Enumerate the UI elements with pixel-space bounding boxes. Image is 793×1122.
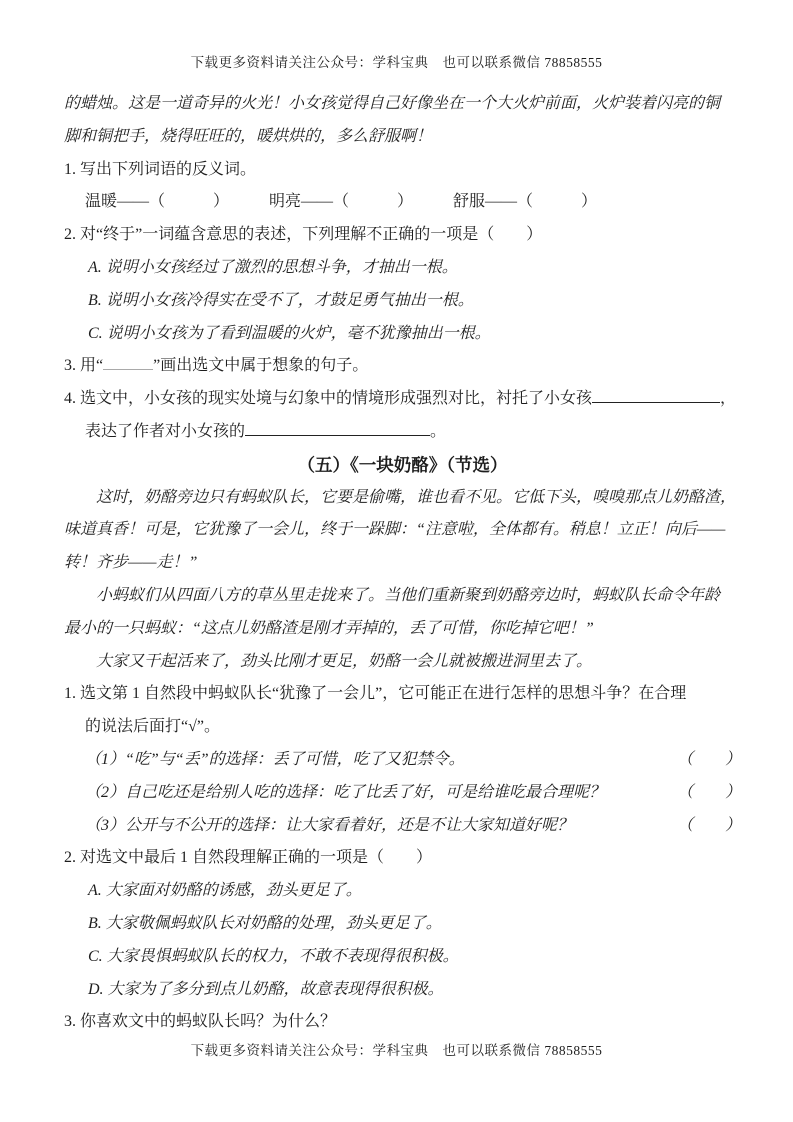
s5-q1-item1-text: （1）“吃”与“丢”的选择：丢了可惜，吃了又犯禁令。 (85, 744, 465, 777)
s5-q1-item2-bracket: （ ） (677, 777, 741, 810)
s5-q1-item1-bracket: （ ） (677, 744, 741, 777)
p4-question2-option-b: B. 说明小女孩冷得实在受不了，才鼓足勇气抽出一根。 (64, 285, 741, 318)
passage4-continuation-line: 脚和铜把手，烧得旺旺的，暖烘烘的，多么舒服啊！ (64, 121, 741, 154)
footer-promo-text: 下载更多资料请关注公众号：学科宝典 也可以联系微信 78858555 (0, 1039, 793, 1059)
p4-question3-prefix: 3. 用“ (64, 357, 103, 374)
answer-blank (103, 353, 153, 371)
passage4-continuation-line: 的蜡烛。这是一道奇异的火光！小女孩觉得自己好像坐在一个大火炉前面，火炉装着闪亮的… (64, 88, 741, 121)
s5-passage-line: 小蚂蚁们从四面八方的草丛里走拢来了。当他们重新聚到奶酪旁边时，蚂蚁队长命令年龄 (64, 580, 741, 613)
s5-question1-item-1: （1）“吃”与“丢”的选择：丢了可惜，吃了又犯禁令。 （ ） (64, 744, 741, 777)
s5-question2-option-c: C. 大家畏惧蚂蚁队长的权力，不敢不表现得很积极。 (64, 941, 741, 974)
s5-passage-line: 转！齐步——走！” (64, 547, 741, 580)
s5-question3-stem: 3. 你喜欢文中的蚂蚁队长吗？为什么？ (64, 1006, 741, 1039)
p4-question3-stem: 3. 用“”画出选文中属于想象的句子。 (64, 350, 741, 383)
s5-question2-option-d: D. 大家为了多分到点儿奶酪，故意表现得很积极。 (64, 974, 741, 1007)
s5-question2-option-b: B. 大家敬佩蚂蚁队长对奶酪的处理，劲头更足了。 (64, 908, 741, 941)
worksheet-content: 的蜡烛。这是一道奇异的火光！小女孩觉得自己好像坐在一个大火炉前面，火炉装着闪亮的… (64, 88, 741, 1039)
s5-question1-stem-line1: 1. 选文第 1 自然段中蚂蚁队长“犹豫了一会儿”，它可能正在进行怎样的思想斗争… (64, 678, 741, 711)
p4-question3-suffix: ”画出选文中属于想象的句子。 (153, 357, 368, 374)
p4-question4-text1: 4. 选文中，小女孩的现实处境与幻象中的情境形成强烈对比，衬托了小女孩 (64, 390, 592, 407)
s5-passage-line: 味道真香！可是，它犹豫了一会儿，终于一跺脚：“注意啦，全体都有。稍息！立正！向后… (64, 514, 741, 547)
p4-question2-stem: 2. 对“终于”一词蕴含意思的表述，下列理解不正确的一项是（ ） (64, 219, 741, 252)
p4-question2-option-c: C. 说明小女孩为了看到温暖的火炉，毫不犹豫抽出一根。 (64, 318, 741, 351)
p4-question4-tail2: 。 (430, 423, 446, 440)
header-promo-text: 下载更多资料请关注公众号：学科宝典 也可以联系微信 78858555 (0, 51, 793, 71)
s5-question2-option-a: A. 大家面对奶酪的诱感，劲头更足了。 (64, 875, 741, 908)
p4-question4-line1: 4. 选文中，小女孩的现实处境与幻象中的情境形成强烈对比，衬托了小女孩， (64, 383, 741, 416)
s5-question1-item-2: （2）自己吃还是给别人吃的选择：吃了比丢了好，可是给谁吃最合理呢？ （ ） (64, 777, 741, 810)
s5-passage-line: 这时，奶酪旁边只有蚂蚁队长，它要是偷嘴，谁也看不见。它低下头，嗅嗅那点儿奶酪渣， (64, 482, 741, 515)
p4-question4-tail1: ， (720, 390, 736, 407)
p4-question4-text2: 表达了作者对小女孩的 (85, 423, 245, 440)
answer-blank (592, 385, 720, 403)
s5-question1-stem-line2: 的说法后面打“√”。 (64, 711, 741, 744)
s5-passage-line: 大家又干起活来了，劲头比刚才更足，奶酪一会儿就被搬进洞里去了。 (64, 646, 741, 679)
s5-passage-line: 最小的一只蚂蚁：“这点儿奶酪渣是刚才弄掉的，丢了可惜，你吃掉它吧！” (64, 613, 741, 646)
s5-question2-stem: 2. 对选文中最后 1 自然段理解正确的一项是（ ） (64, 842, 741, 875)
section5-title: （五）《一块奶酪》（节选） (64, 449, 741, 482)
s5-q1-item3-bracket: （ ） (677, 810, 741, 843)
s5-q1-item2-text: （2）自己吃还是给别人吃的选择：吃了比丢了好，可是给谁吃最合理呢？ (85, 777, 605, 810)
p4-question1-stem: 1. 写出下列词语的反义词。 (64, 154, 741, 187)
p4-question1-antonym-row: 温暖——（ ） 明亮——（ ） 舒服——（ ） (64, 186, 741, 219)
s5-q1-item3-text: （3）公开与不公开的选择：让大家看着好，还是不让大家知道好呢？ (85, 810, 573, 843)
answer-blank (245, 418, 430, 436)
s5-question1-item-3: （3）公开与不公开的选择：让大家看着好，还是不让大家知道好呢？ （ ） (64, 810, 741, 843)
p4-question2-option-a: A. 说明小女孩经过了激烈的思想斗争，才抽出一根。 (64, 252, 741, 285)
worksheet-page: 下载更多资料请关注公众号：学科宝典 也可以联系微信 78858555 的蜡烛。这… (0, 0, 793, 1122)
p4-question4-line2: 表达了作者对小女孩的。 (64, 416, 741, 449)
